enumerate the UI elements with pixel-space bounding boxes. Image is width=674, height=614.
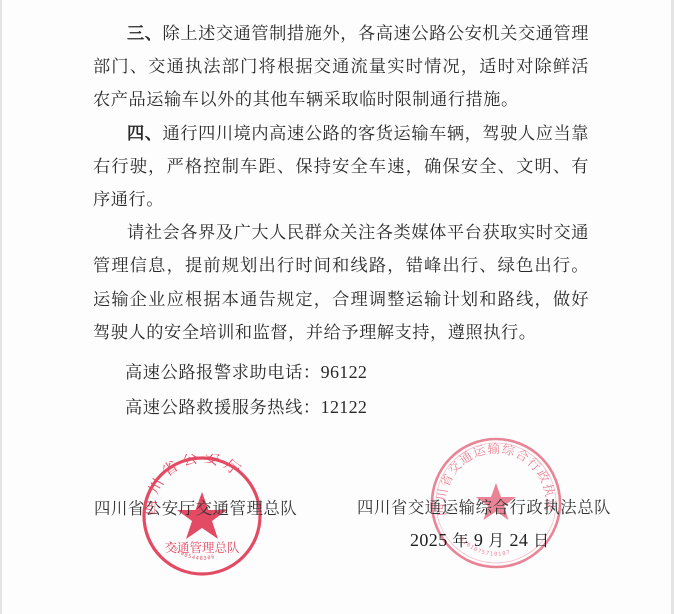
date-year-unit: 年 [453, 531, 469, 550]
paragraph-text: 除上述交通管制措施外，各高速公路公安机关交通管理部门、交通执法部门将根据交通流量… [93, 24, 589, 110]
paragraph-four: 四、通行四川境内高速公路的客货运输车辆，驾驶人应当靠右行驶，严格控制车距、保持安… [93, 118, 589, 218]
date-month: 9 [474, 530, 483, 550]
date-year: 2025 [410, 530, 448, 550]
svg-text:5101085448306: 5101085448306 [167, 541, 216, 562]
hotline-number: 96122 [321, 362, 368, 382]
hotline-police: 高速公路报警求助电话：96122 [125, 358, 367, 383]
svg-text:交通管理总队: 交通管理总队 [164, 540, 240, 555]
paragraph-three: 三、除上述交通管制措施外，各高速公路公安机关交通管理部门、交通执法部门将根据交通… [93, 18, 589, 118]
date-day: 24 [509, 530, 528, 550]
hotline-rescue: 高速公路救援服务热线：12122 [125, 393, 367, 418]
hotline-label: 高速公路报警求助电话： [125, 363, 321, 383]
notice-body: 三、除上述交通管制措施外，各高速公路公安机关交通管理部门、交通执法部门将根据交通… [93, 18, 589, 350]
issue-date: 2025 年 9 月 24 日 [410, 528, 550, 551]
paragraph-text: 请社会各界及广大人民群众关注各类媒体平台获取实时交通管理信息，提前规划出行时间和… [93, 223, 589, 343]
date-day-unit: 日 [533, 531, 549, 550]
document-page: 三、除上述交通管制措施外，各高速公路公安机关交通管理部门、交通执法部门将根据交通… [0, 0, 674, 614]
signature-traffic-police: 四川省公安厅交通管理总队 [94, 495, 297, 519]
paragraph-text: 通行四川境内高速公路的客货运输车辆，驾驶人应当靠右行驶，严格控制车距、保持安全车… [93, 124, 589, 210]
hotline-label: 高速公路救援服务热线： [125, 398, 321, 418]
paragraph-appeal: 请社会各界及广大人民群众关注各类媒体平台获取实时交通管理信息，提前规划出行时间和… [93, 217, 589, 350]
date-month-unit: 月 [488, 531, 504, 550]
paragraph-lead: 四、 [127, 124, 163, 144]
paragraph-lead: 三、 [127, 24, 163, 44]
signature-transport-enforcement: 四川省交通运输综合行政执法总队 [357, 494, 611, 518]
hotline-number: 12122 [321, 397, 368, 417]
